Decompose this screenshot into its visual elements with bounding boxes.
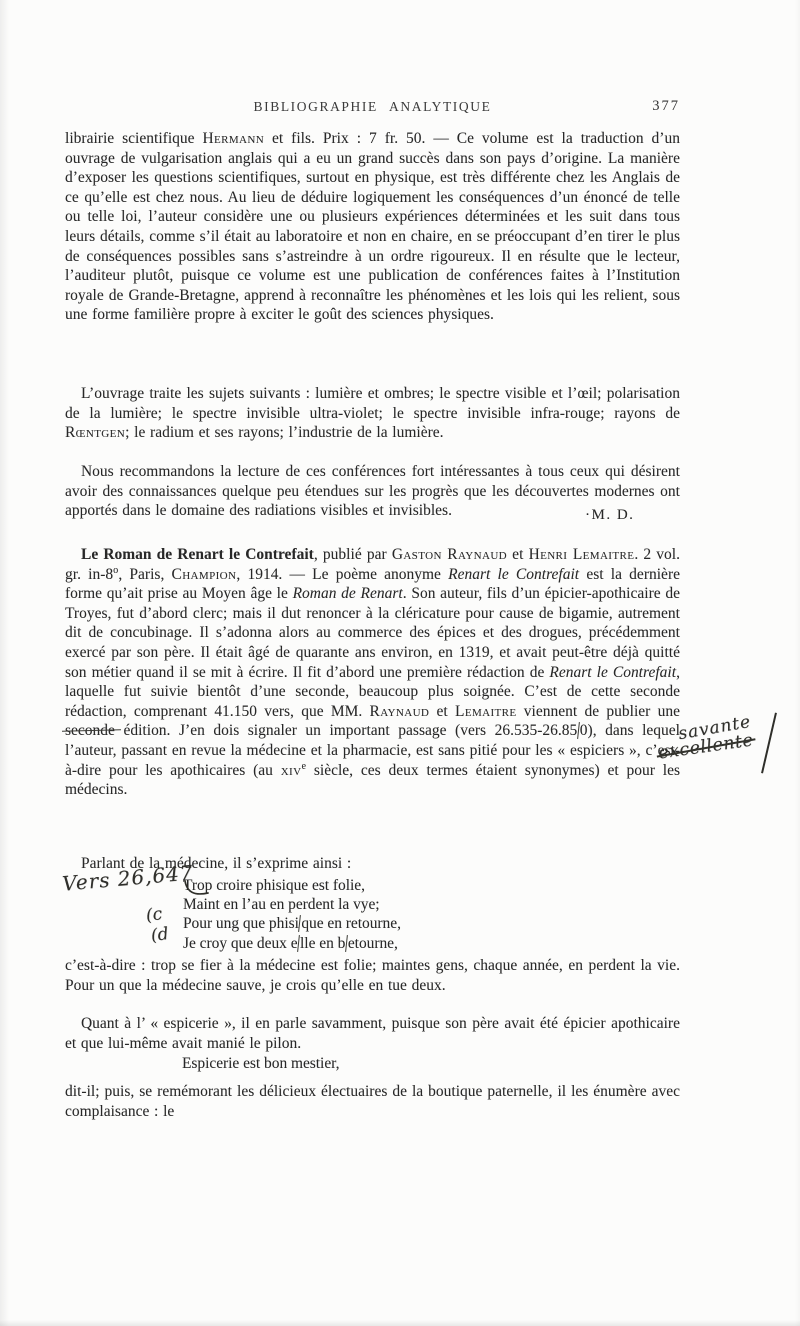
text-segment: et fils. Prix : 7 fr. 50. — Ce volume es…	[65, 130, 680, 323]
text-segment: , publié par	[314, 546, 392, 563]
review1-paragraph-contents: L’ouvrage traite les sujets suivants : l…	[65, 384, 680, 443]
text-segment: L’ouvrage traite les sujets suivants : l…	[65, 385, 680, 422]
text-segment: Trop croire phisique est folie,	[183, 877, 365, 894]
text-segment: Champion	[172, 566, 237, 583]
text-segment: c’est-à-dire : trop se fier à la médecin…	[65, 957, 680, 994]
text-segment: lle en b	[300, 935, 345, 952]
text-segment: Je croy que deux e	[183, 935, 298, 952]
review2-paragraph-espicerie: Quant à l’ « espicerie », il en parle sa…	[65, 1014, 680, 1053]
pen-connector-stroke	[182, 880, 210, 900]
old-french-verse-quote: Trop croire phisique est folie, Maint en…	[183, 876, 401, 953]
text-segment: Maint en l’au en perdent la vye;	[183, 896, 380, 913]
text-segment: dit-il; puis, se remémorant les délicieu…	[65, 1083, 680, 1120]
running-head-title: BIBLIOGRAPHIE ANALYTIQUE	[65, 99, 680, 115]
text-segment: viennent de publier une	[517, 703, 680, 720]
text-segment: etourne,	[348, 935, 398, 952]
scanned-journal-page: BIBLIOGRAPHIE ANALYTIQUE 377 librairie s…	[0, 0, 800, 1326]
handwritten-mark-c: (c	[145, 904, 163, 926]
text-segment: que en retourne,	[301, 915, 401, 932]
text-segment: Roman de Renart	[293, 585, 403, 602]
text-segment: et	[429, 703, 455, 720]
review2-paragraph-translation: c’est-à-dire : trop se fier à la médecin…	[65, 956, 680, 995]
text-segment: et	[507, 546, 529, 563]
text-segment: Quant à l’ « espicerie », il en parle sa…	[65, 1015, 680, 1052]
text-segment: Hermann	[202, 130, 264, 147]
reviewer-initials: ·M. D.	[585, 507, 634, 524]
text-segment: Gaston Raynaud	[392, 546, 507, 563]
text-segment: Lemaitre	[455, 703, 516, 720]
verse-line: Maint en l’au en perdent la vye;	[183, 895, 401, 914]
text-segment: Renart le Contrefait	[549, 664, 676, 681]
text-segment: , 1914. — Le poème anonyme	[236, 566, 448, 583]
text-segment: xiv	[281, 762, 302, 779]
text-segment: Renart le Contrefait	[448, 566, 579, 583]
text-segment: , Paris,	[118, 566, 171, 583]
espicerie-verse-quote: Espicerie est bon mestier,	[182, 1055, 340, 1073]
verse-line: Trop croire phisique est folie,	[183, 876, 401, 895]
text-segment: seconde	[65, 722, 115, 739]
text-segment: Henri Lemaitre	[529, 546, 635, 563]
review2-paragraph-intro: Le Roman de Renart le Contrefait, publié…	[65, 545, 680, 800]
text-segment: Pour ung que phisi	[183, 915, 299, 932]
text-segment: librairie scientifique	[65, 130, 202, 147]
text-segment: édition. J’en dois signaler un important…	[115, 722, 577, 739]
handwritten-mark-d: (d	[150, 924, 170, 946]
verse-line: Je croy que deux elle en betourne,	[183, 934, 401, 953]
text-segment: Le Roman de Renart le Contrefait	[81, 546, 314, 563]
verse-line: Pour ung que phisique en retourne,	[183, 914, 401, 933]
text-segment: Raynaud	[370, 703, 430, 720]
text-segment: ; le radium et ses rayons; l’industrie d…	[125, 424, 443, 441]
page-number: 377	[630, 98, 680, 115]
review1-paragraph-continuation: librairie scientifique Hermann et fils. …	[65, 129, 680, 325]
text-segment: Rœntgen	[65, 424, 125, 441]
pen-slash-mark	[761, 713, 777, 774]
handwritten-margin-note: savante excellente	[658, 714, 798, 809]
review2-paragraph-final: dit-il; puis, se remémorant les délicieu…	[65, 1082, 680, 1121]
